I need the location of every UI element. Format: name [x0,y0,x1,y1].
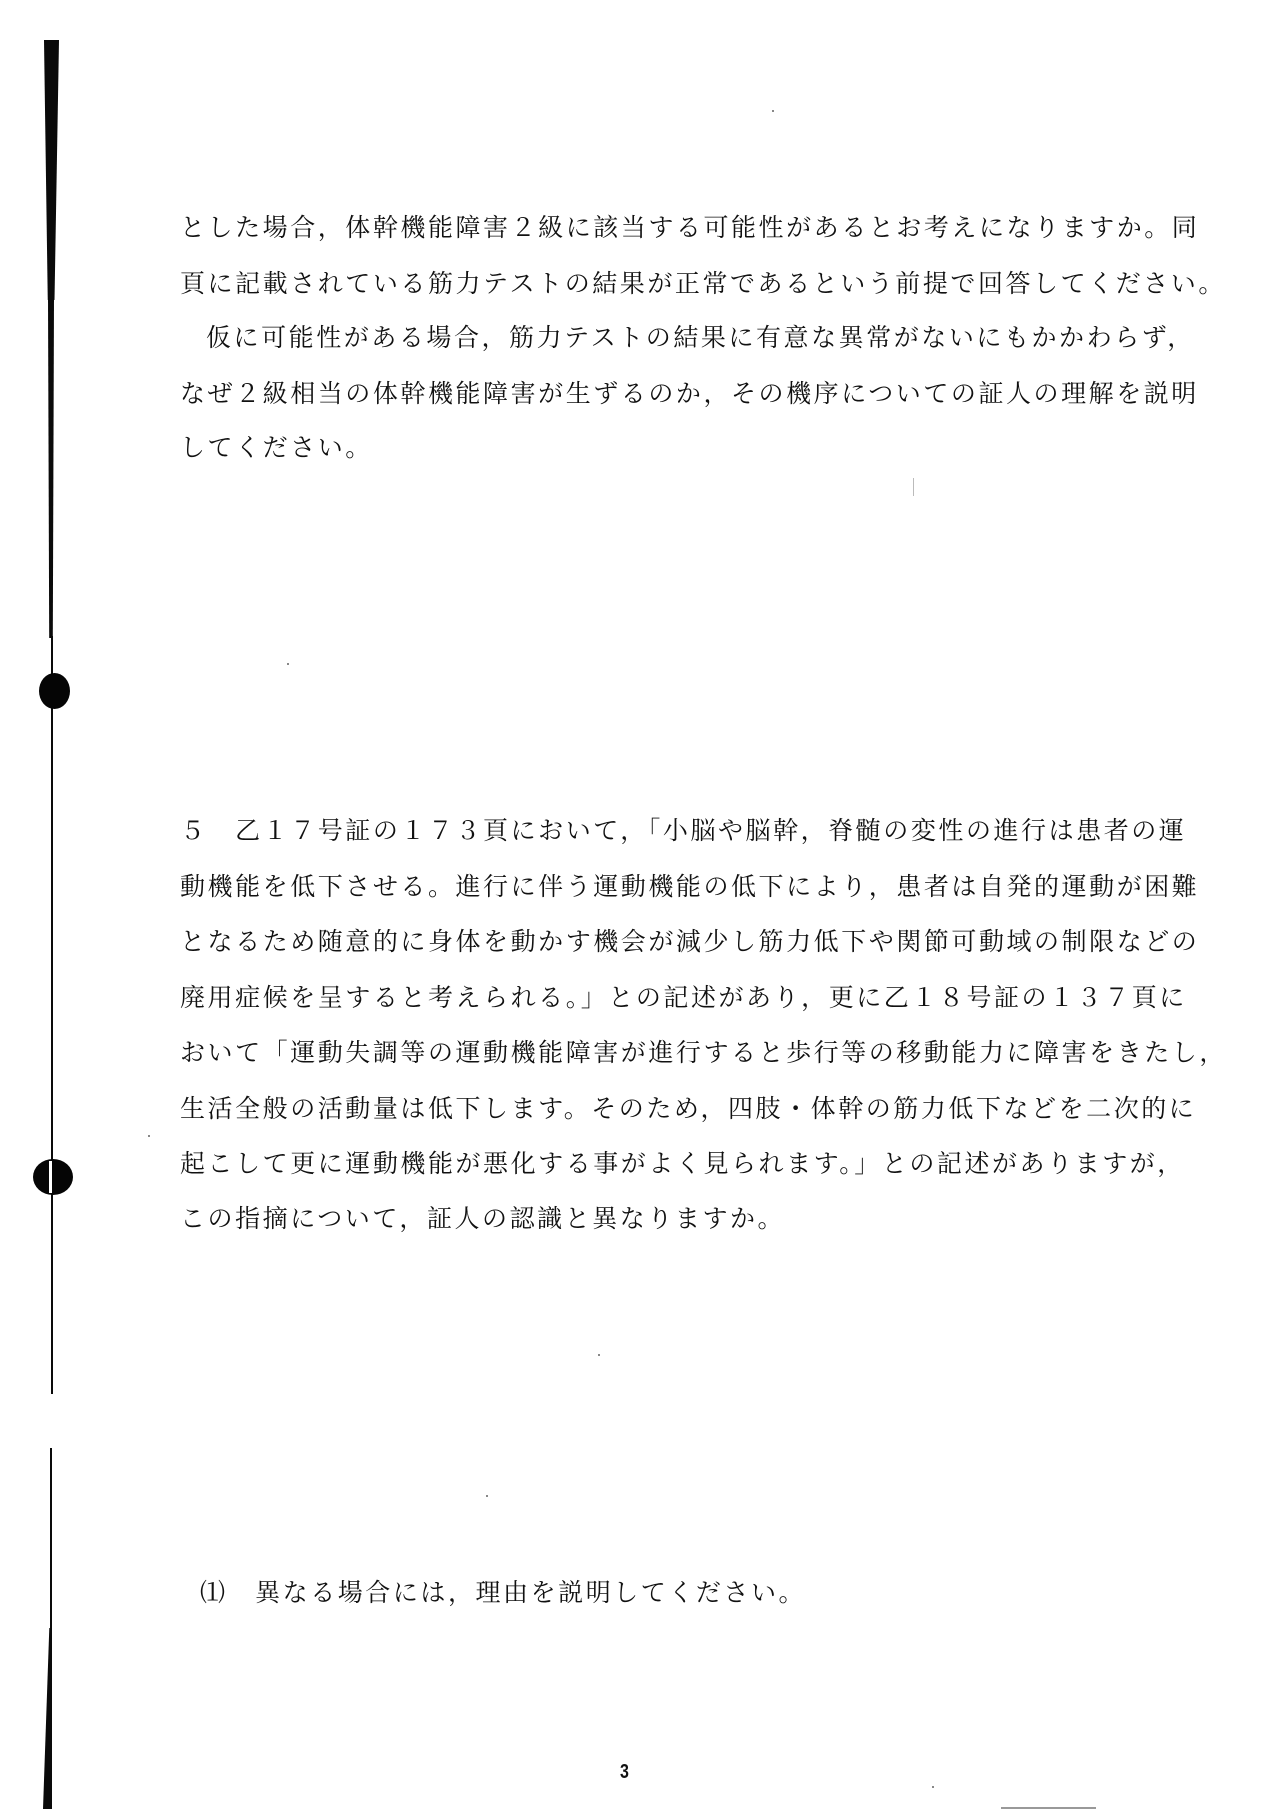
scan-speck [598,1354,600,1356]
binding-edge-bar [43,1628,52,1809]
text-line: 起こして更に運動機能が悪化する事がよく見られます。」との記述がありますが， [180,1148,1185,1180]
binding-edge-line [51,636,53,1394]
binding-edge-bar [48,298,54,638]
text-line: となるため随意的に身体を動かす機会が減少し筋力低下や関節可動域の制限などの [180,926,1199,958]
scan-speck [148,1135,150,1137]
page-number: 3 [620,1760,629,1784]
question-heading-line: ５ 乙１７号証の１７３頁において，「小脳や脳幹，脊髄の変性の進行は患者の運 [180,815,1186,847]
text-line: 生活全般の活動量は低下します。そのため，四肢・体幹の筋力低下などを二次的に [180,1093,1196,1125]
text-line: 動機能を低下させる。進行に伴う運動機能の低下により，患者は自発的運動が困難 [180,871,1199,903]
binding-hole-icon [33,1159,73,1195]
scan-speck [932,1786,934,1788]
binding-edge-bar [44,40,59,300]
scanned-document-page: とした場合，体幹機能障害２級に該当する可能性があるとお考えになりますか。同 頁に… [0,0,1280,1809]
binding-hole-icon [39,673,70,709]
text-line: してください。 [180,432,373,464]
sub-question-line: ⑴ 異なる場合には，理由を説明してください。 [200,1577,806,1609]
text-line: おいて「運動失調等の運動機能障害が進行すると歩行等の移動能力に障害をきたし， [180,1037,1227,1069]
text-line: とした場合，体幹機能障害２級に該当する可能性があるとお考えになりますか。同 [180,212,1199,244]
scan-speck [772,110,774,112]
text-line: なぜ２級相当の体幹機能障害が生ずるのか，その機序についての証人の理解を説明 [180,378,1199,410]
scan-speck [486,1495,488,1497]
text-line: 頁に記載されている筋力テストの結果が正常であるという前提で回答してください。 [180,268,1226,300]
scan-speck [287,663,289,665]
text-line: 廃用症候を呈すると考えられる。」との記述があり，更に乙１８号証の１３７頁に [180,982,1187,1014]
text-line: この指摘について，証人の認識と異なりますか。 [180,1203,785,1235]
binding-edge-line [50,1448,52,1628]
text-line: 仮に可能性がある場合，筋力テストの結果に有意な異常がないにもかかわらず， [206,322,1195,354]
scan-speck [913,478,914,496]
